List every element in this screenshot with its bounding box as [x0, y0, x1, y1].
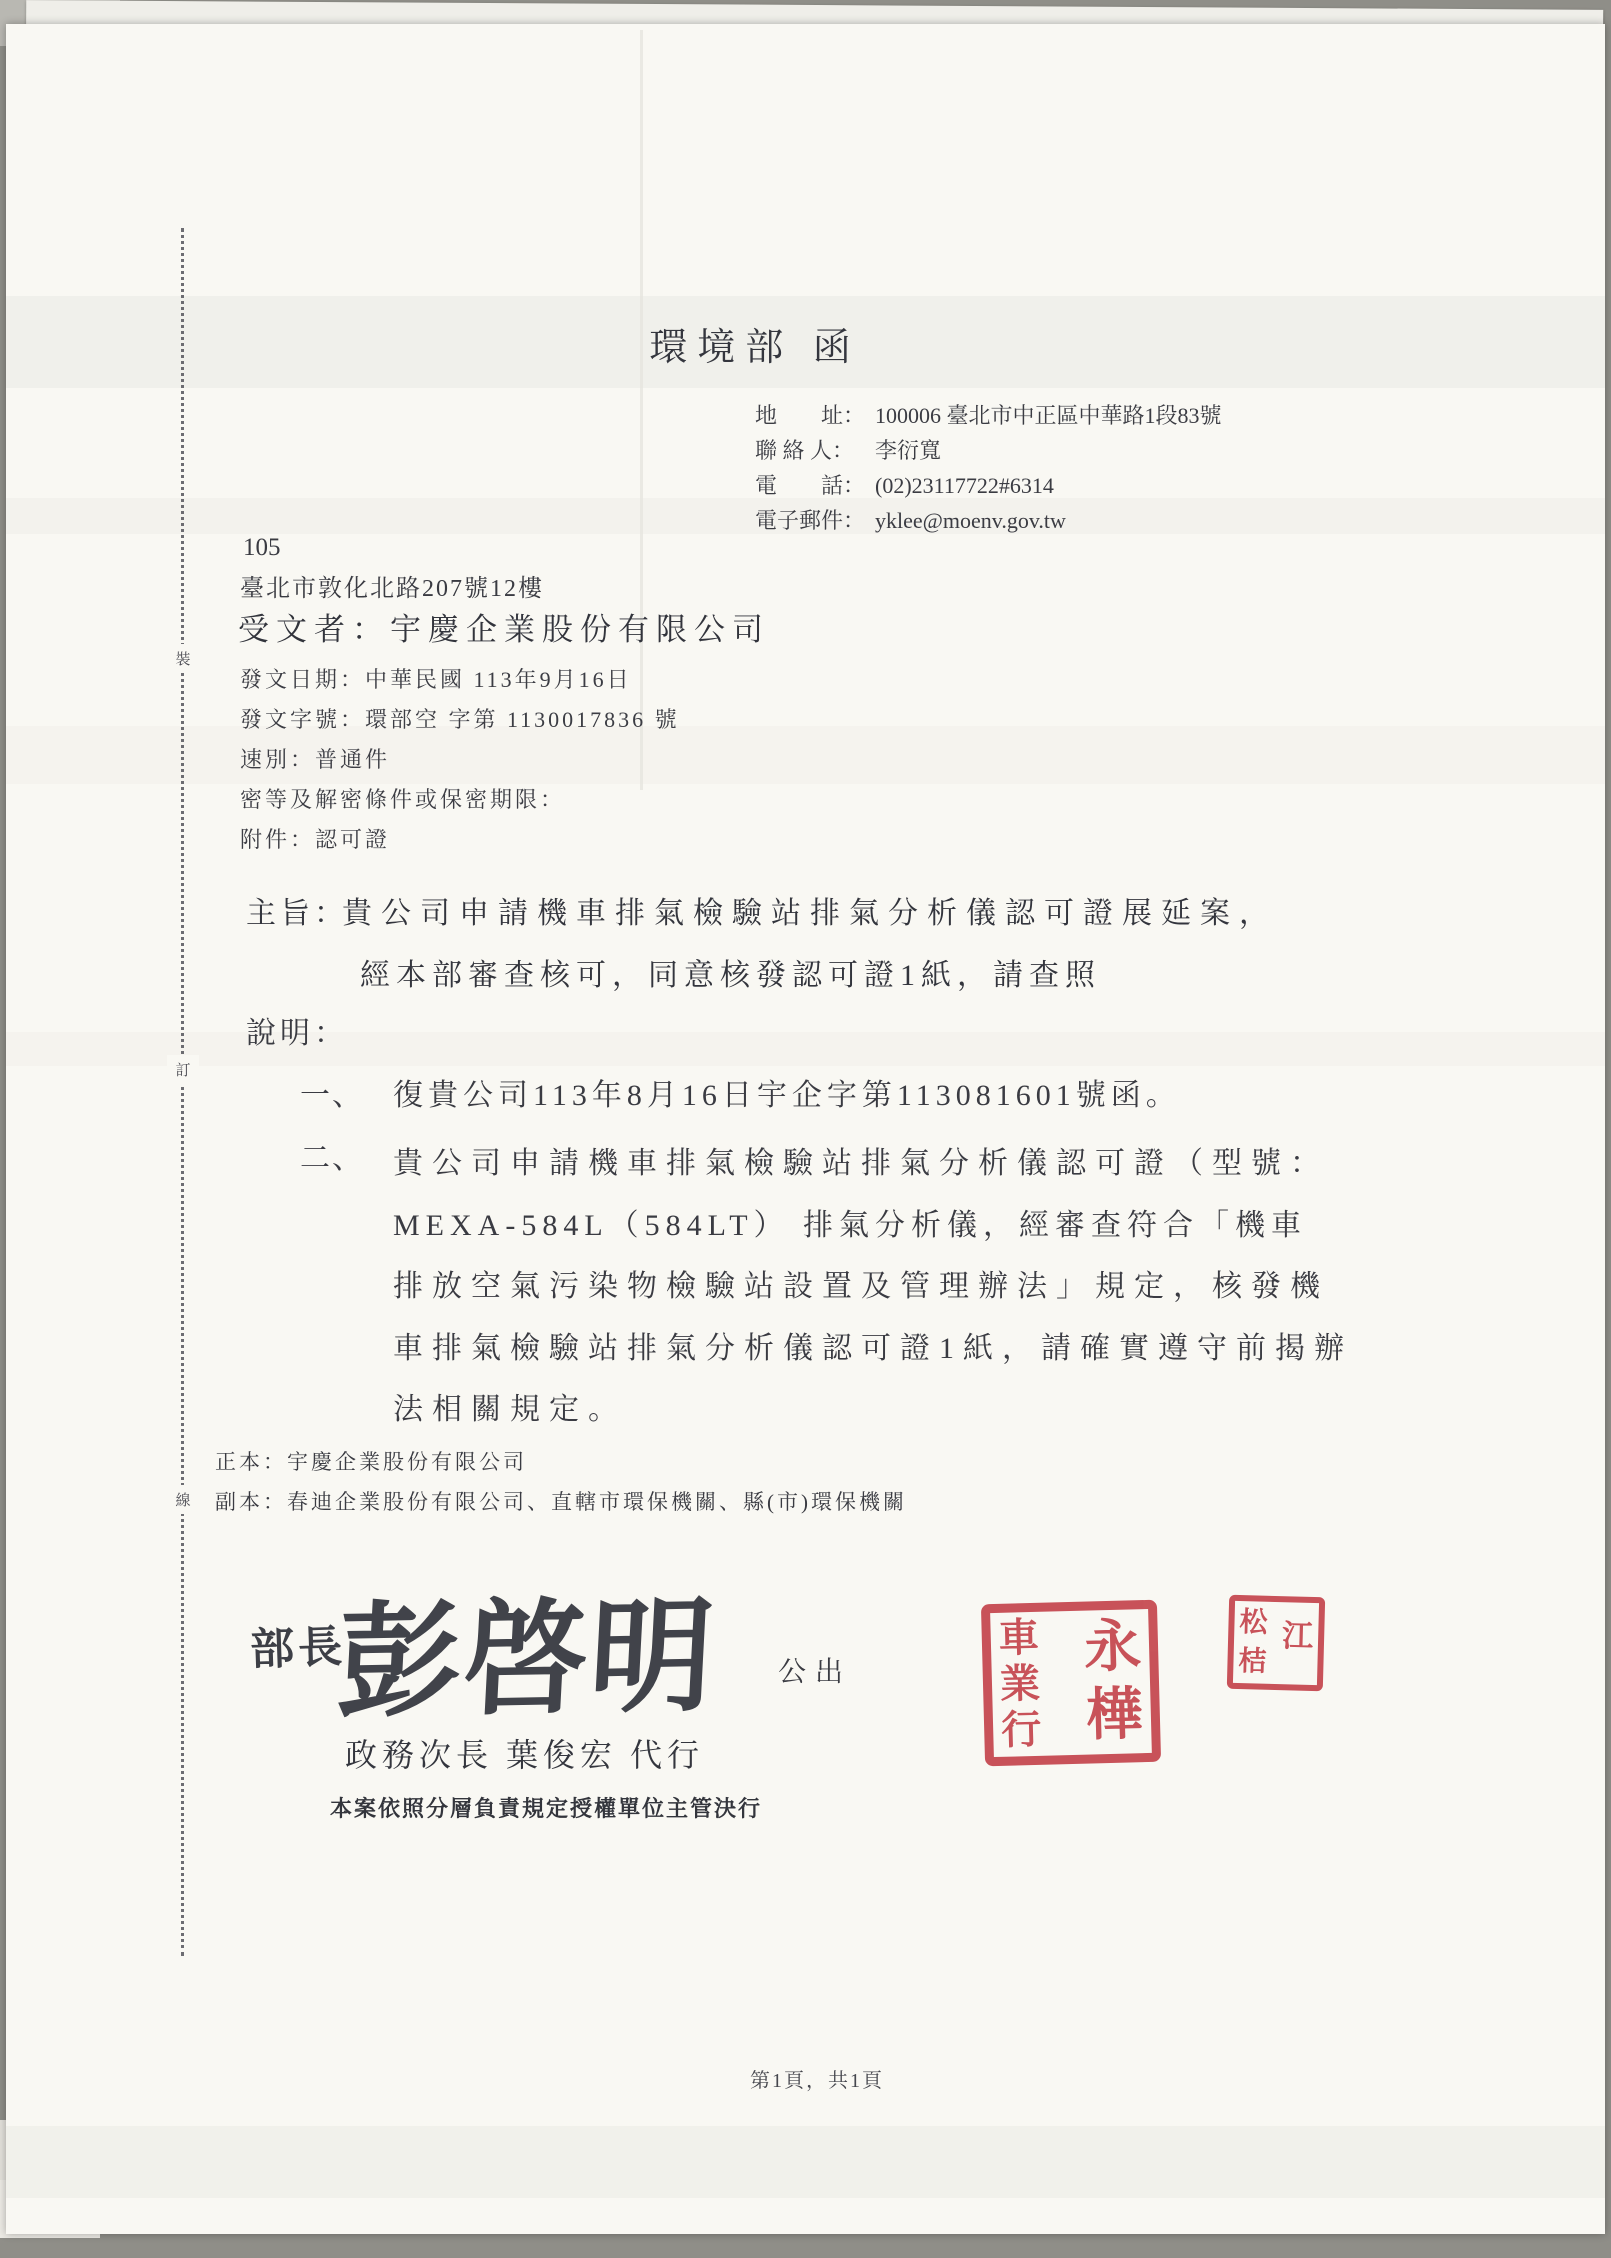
stamp-char: 松 — [1239, 1609, 1268, 1638]
authorization-note: 本案依照分層負責規定授權單位主管決行 — [330, 1792, 762, 1823]
contact-row-person: 聯 絡 人：李衍寬 — [755, 433, 1222, 468]
stamp-column-right: 永 樺 — [1083, 1613, 1144, 1750]
stamp-char: 桔 — [1238, 1648, 1267, 1677]
subject-text-line1: 貴公司申請機車排氣檢驗站排氣分析儀認可證展延案， — [342, 888, 1278, 932]
meta-row-classification: 密等及解密條件或保密期限： — [240, 780, 680, 820]
minister-status: 公出 — [778, 1650, 852, 1690]
meta-row-refno: 發文字號：環部空 字第 1130017836 號 — [240, 700, 680, 740]
recipient-zip: 105 — [243, 534, 281, 562]
contact-value: (02)23117722#6314 — [875, 473, 1054, 498]
stamp-char: 行 — [1001, 1708, 1042, 1753]
copy-original-line: 正本：宇慶企業股份有限公司 — [215, 1446, 527, 1476]
stamp-column-left: 車 業 行 — [998, 1616, 1042, 1753]
explanation-item1-number: 一、 — [300, 1070, 364, 1114]
scan-artifact-band — [6, 2126, 1605, 2198]
explanation-item2-line: MEXA-584L（584LT） 排氣分析儀，經審查符合「機車 — [393, 1195, 1353, 1257]
meta-block: 發文日期：中華民國 113年9月16日 發文字號：環部空 字第 11300178… — [240, 660, 680, 860]
scanned-letter: 裝 訂 線 環境部 函 地 址：100006 臺北市中正區中華路1段83號 聯 … — [0, 0, 1611, 2258]
contact-block: 地 址：100006 臺北市中正區中華路1段83號 聯 絡 人：李衍寬 電 話：… — [755, 398, 1222, 538]
binding-mark: 訂 — [167, 1055, 199, 1084]
explanation-item1-text: 復貴公司113年8月16日宇企字第113081601號函。 — [393, 1070, 1181, 1114]
explanation-item2-text: 貴公司申請機車排氣檢驗站排氣分析儀認可證（型號： MEXA-584L（584LT… — [393, 1133, 1353, 1441]
contact-label: 聯 絡 人： — [755, 433, 875, 468]
meta-row-date: 發文日期：中華民國 113年9月16日 — [240, 660, 680, 700]
contact-value: 李衍寬 — [875, 438, 941, 463]
deputy-acting-line: 政務次長 葉俊宏 代行 — [345, 1730, 704, 1776]
minister-title: 部長 — [249, 1610, 347, 1677]
subject-label: 主旨： — [246, 888, 348, 932]
contact-value: yklee@moenv.gov.tw — [875, 508, 1066, 533]
recipient-street: 臺北市敦化北路207號12樓 — [240, 568, 544, 603]
stamp-char: 業 — [999, 1662, 1040, 1707]
personal-seal-stamp: 松 桔 江 — [1227, 1595, 1325, 1691]
binding-dotted-line — [181, 228, 184, 1956]
explanation-heading: 說明： — [246, 1008, 348, 1052]
document-title: 環境部 函 — [540, 316, 970, 371]
stamp-char: 車 — [998, 1616, 1039, 1661]
contact-label: 電 話： — [755, 468, 875, 503]
contact-label: 地 址： — [755, 398, 875, 433]
stamp-char: 永 — [1083, 1614, 1142, 1681]
subject-text-line2: 經本部審查核可，同意核發認可證1紙，請查照 — [360, 950, 1101, 994]
binding-mark: 線 — [167, 1485, 199, 1514]
stamp-char: 樺 — [1085, 1682, 1144, 1749]
explanation-item2-line: 車排氣檢驗站排氣分析儀認可證1紙，請確實遵守前揭辦 — [393, 1318, 1353, 1380]
contact-label: 電子郵件： — [755, 503, 875, 538]
stamp-char: 江 — [1282, 1610, 1314, 1656]
copy-cc-line: 副本：春迪企業股份有限公司、直轄市環保機關、縣(市)環保機關 — [215, 1486, 907, 1516]
meta-row-priority: 速別：普通件 — [240, 740, 680, 780]
contact-row-address: 地 址：100006 臺北市中正區中華路1段83號 — [755, 398, 1222, 433]
page-number-footer: 第1頁，共1頁 — [707, 2064, 927, 2093]
recipient-line: 受文者：宇慶企業股份有限公司 — [238, 604, 770, 649]
explanation-item2-number: 二、 — [300, 1133, 364, 1177]
contact-row-email: 電子郵件：yklee@moenv.gov.tw — [755, 503, 1222, 538]
explanation-item2-line: 排放空氣污染物檢驗站設置及管理辦法」規定，核發機 — [393, 1256, 1353, 1318]
contact-row-phone: 電 話：(02)23117722#6314 — [755, 468, 1222, 503]
minister-signature: 彭啓明 — [333, 1557, 720, 1742]
binding-mark: 裝 — [167, 644, 199, 673]
explanation-item2-line: 法相關規定。 — [393, 1379, 1353, 1441]
stamp-column-right: 江 — [1281, 1604, 1314, 1683]
contact-value: 100006 臺北市中正區中華路1段83號 — [875, 403, 1222, 428]
meta-row-attachment: 附件：認可證 — [240, 820, 680, 860]
company-seal-stamp: 車 業 行 永 樺 — [981, 1600, 1161, 1767]
stamp-column-left: 松 桔 — [1238, 1603, 1268, 1682]
explanation-item2-line: 貴公司申請機車排氣檢驗站排氣分析儀認可證（型號： — [393, 1133, 1353, 1195]
